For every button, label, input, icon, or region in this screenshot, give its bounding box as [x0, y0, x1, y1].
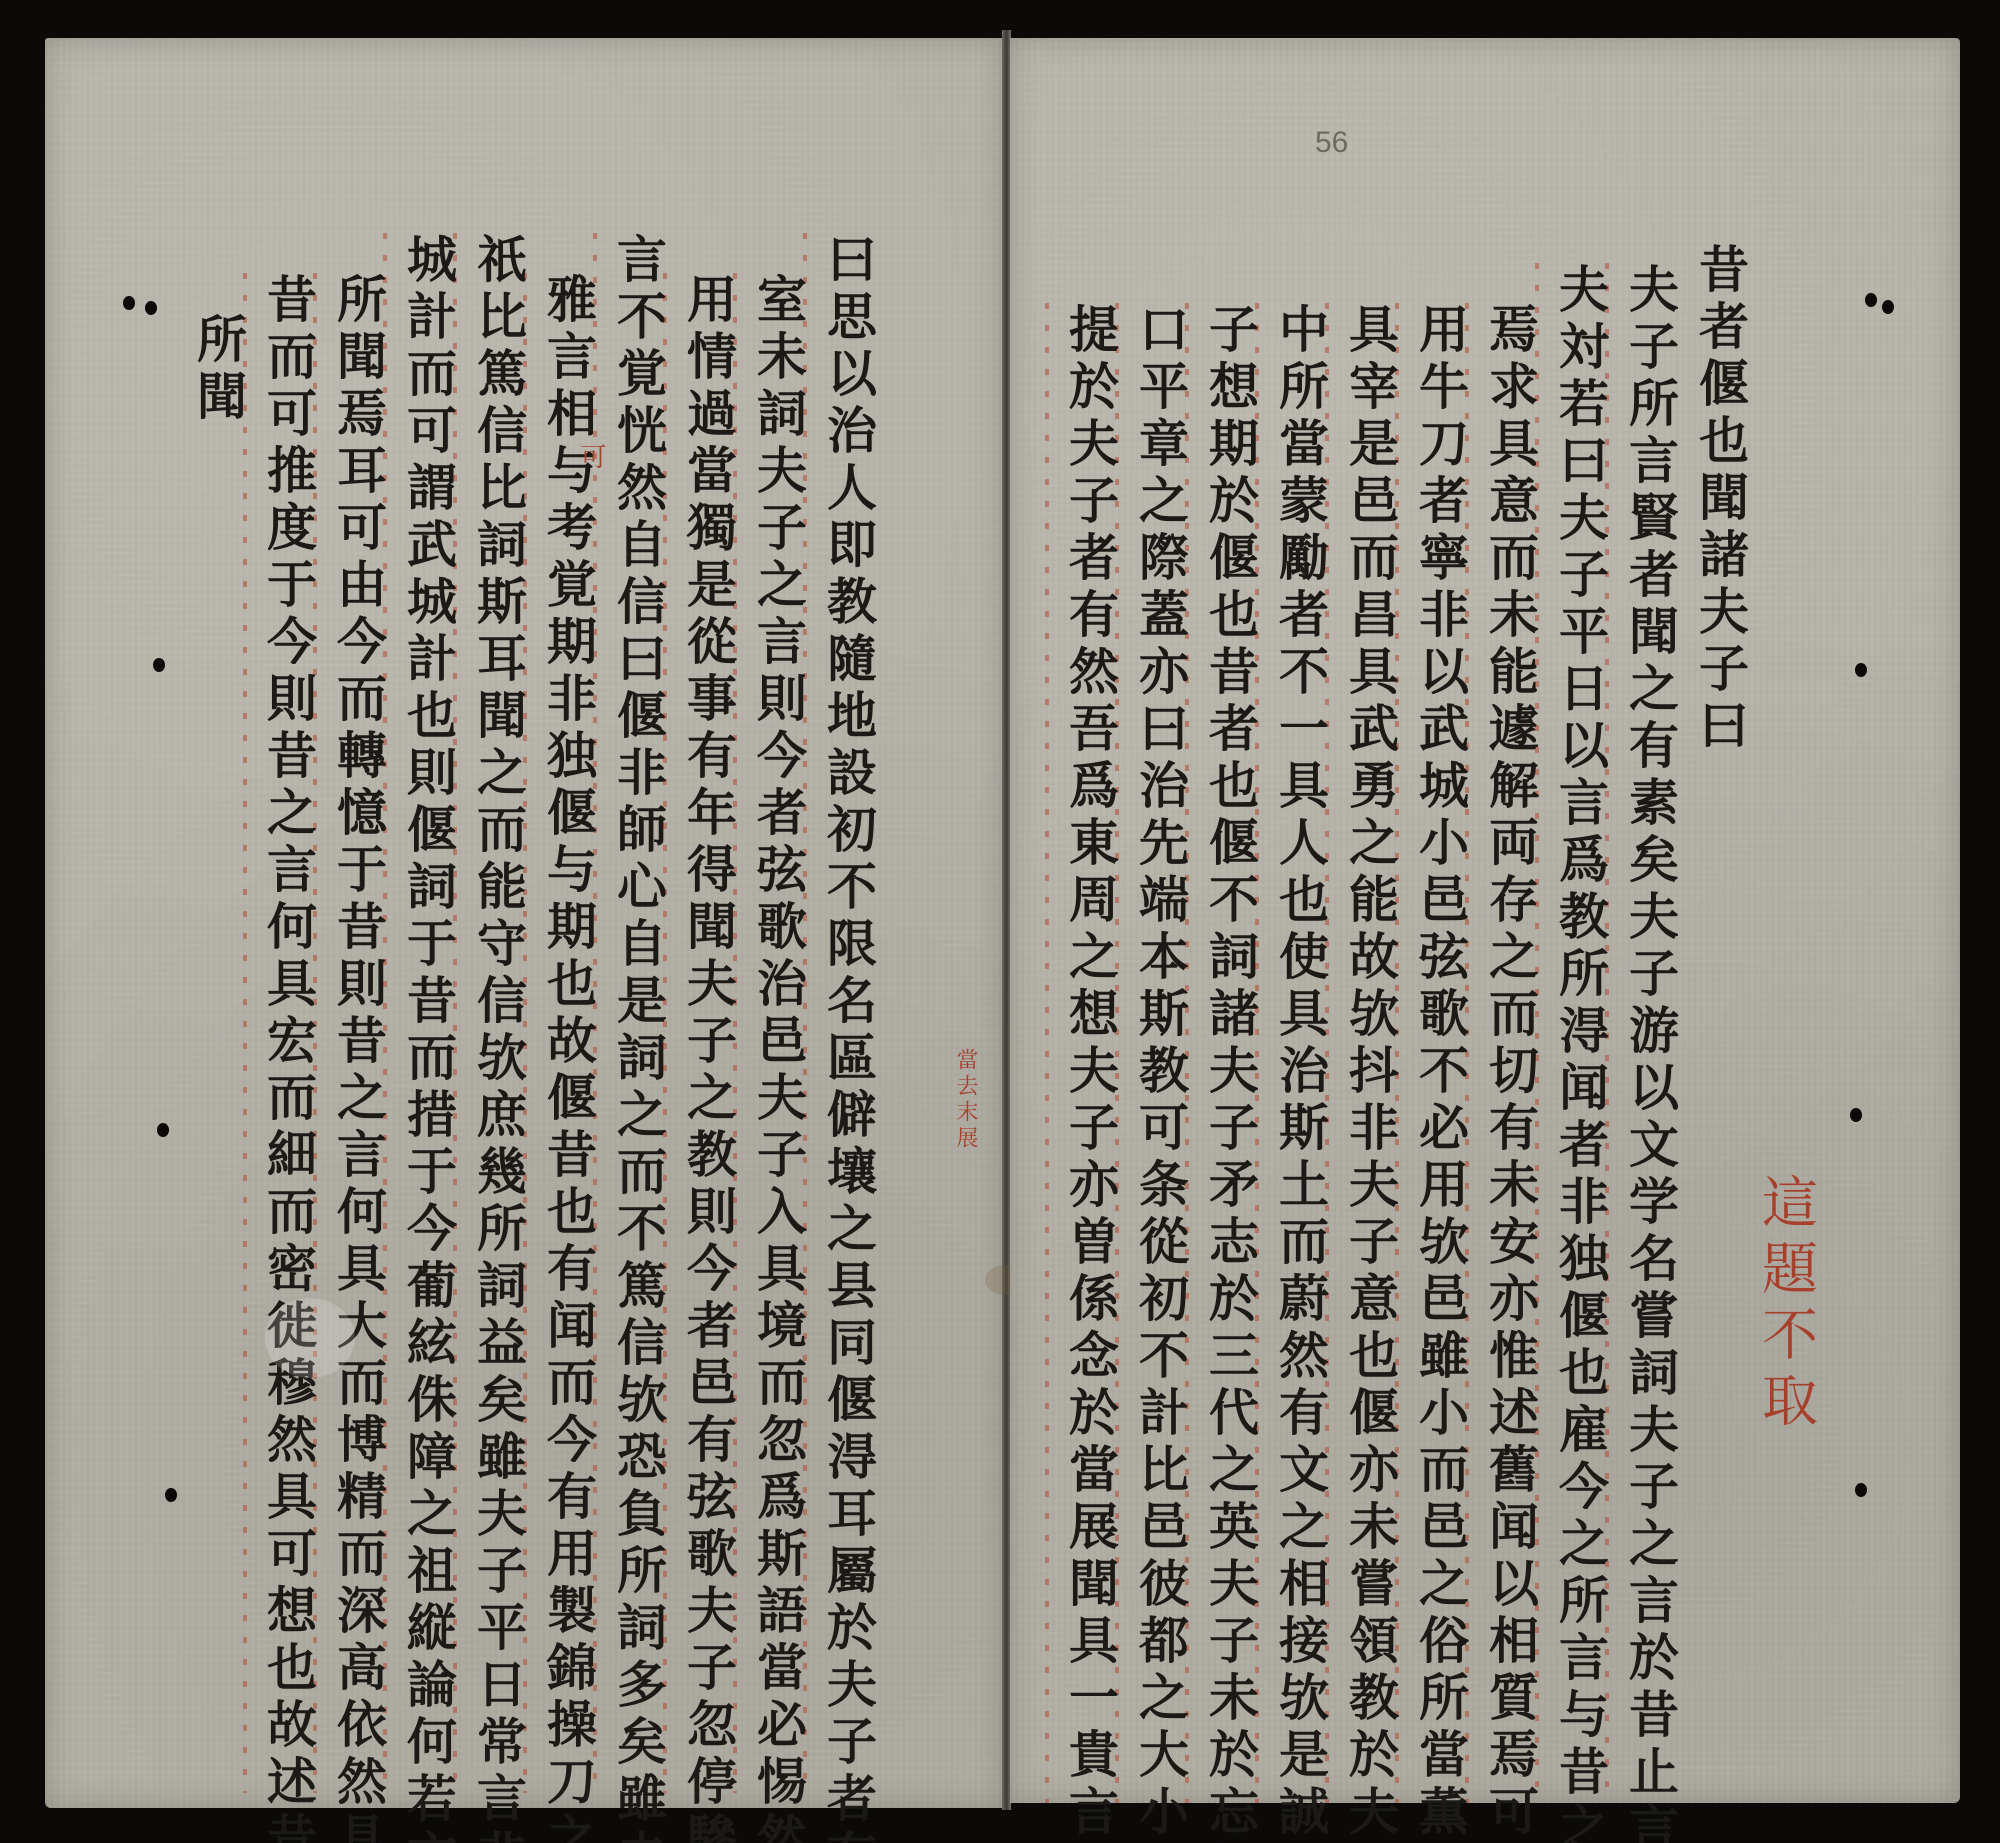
text-column: 雅言相与考覚期非独偃与期也故偃昔也有闻而今有用製錦操刀之始注於謂可 — [531, 273, 593, 1793]
left-page-text-columns: 曰思以治人即教隨地設初不限名區僻壤之县同偃淂耳屬於夫子者有然竣或謀誘一 室未詞夫… — [173, 233, 873, 1793]
red-margin-note: 這題不取 — [1745, 1173, 1825, 1437]
text-column: 所聞焉耳可由今而轉憶于昔則昔之言何具大而博精而深高依然具在耳也由 — [321, 273, 383, 1793]
red-inline-correction: 可 — [573, 443, 610, 473]
text-column: 昔而可推度于今則昔之言何具宏而細而密徙穆然具可想也故述昔者之 — [251, 273, 313, 1793]
binding-hole — [145, 301, 157, 315]
text-column: 口平章之際蓋亦曰治先端本斯教可条從初不計比邑彼都之大小昨日之日偃淂耳 — [1123, 303, 1185, 1803]
binding-hole — [123, 296, 135, 310]
right-page-text-columns: 昔者偃也聞諸夫子曰 夫子所言賢者聞之有素矣夫子游以文学名嘗詞夫子之言於昔止言知比… — [1045, 243, 1745, 1803]
text-column-closing: 所聞 — [181, 313, 243, 1793]
text-column: 用情過當獨是從事有年得聞夫子之教則今者邑有弦歌夫子忽停驂而偶出是 — [671, 273, 733, 1793]
binding-hole — [165, 1488, 177, 1502]
left-page: 曰思以治人即教隨地設初不限名區僻壤之县同偃淂耳屬於夫子者有然竣或謀誘一 室未詞夫… — [45, 38, 1003, 1808]
right-page: 56 昔者偃也聞諸夫子曰 夫子所言賢者聞之有素矣夫子游以文学名嘗詞夫子之言於昔止… — [1010, 38, 1960, 1803]
text-column: 室未詞夫子之言則今者弦歌治邑夫子入具境而忽爲斯語當必惕然有失曰偃之 — [741, 273, 803, 1793]
binding-hole — [157, 1123, 169, 1137]
text-column: 祇比篤信比詞斯耳聞之而能守信欤庶幾所詞益矣雖夫子平日常言非爲武 — [461, 233, 523, 1793]
text-column: 城計而可謂武城計也則偃詞于昔而措于今葡絃侏障之祖縦論何若亦惟守信 — [391, 233, 453, 1793]
text-column: 具宰是邑而昌具武勇之能故欤抖非夫子意也偃亦未嘗領教於夫子也邑雖小而邑之 — [1333, 303, 1395, 1803]
text-column: 言不覚恍然自信曰偃非師心自是詞之而不篤信欤恐負所詞多矣雖夫子平日 — [601, 233, 663, 1793]
text-column: 提於夫子者有然吾爲東周之想夫子亦曽係念於當展聞具一貴言出諾之词蓋亦 — [1053, 303, 1115, 1803]
binding-hole — [1855, 1483, 1867, 1497]
binding-hole — [1865, 293, 1877, 307]
binding-hole — [1855, 663, 1867, 677]
text-column: 中所當蒙勵者不一具人也使具治斯土而蔚然有文之相接欤是誠偃所县願也夫 — [1263, 303, 1325, 1803]
text-column: 夫子所言賢者聞之有素矣夫子游以文学名嘗詞夫子之言於昔止言知比所以証弦歌也 — [1613, 263, 1675, 1803]
red-margin-note: 當去末展 — [950, 1048, 981, 1152]
text-column: 用牛刀者寧非以武城小邑弦歌不必用欤邑雖小而邑之俗所當薫陶者非他也使 — [1403, 303, 1465, 1803]
binding-hole — [153, 658, 165, 672]
text-column: 子想期於偃也昔者也偃不詞諸夫子矛志於三代之英夫子未於忘情於天下詞具一矢 — [1193, 303, 1255, 1803]
binding-hole — [1882, 300, 1894, 314]
paper-stain — [265, 1298, 355, 1378]
text-column: 夫対若曰夫子平日以言爲教所淂闻者非独偃也雇今之所言与昔之振々有詞者若岐出 — [1543, 263, 1605, 1803]
binding-hole — [1850, 1108, 1862, 1122]
text-column: 焉求具意而未能遽解両存之而切有未安亦惟述舊闻以相質焉可也如所謂割鶏焉 — [1473, 303, 1535, 1803]
folio-number: 56 — [1315, 126, 1348, 160]
text-column: 曰思以治人即教隨地設初不限名區僻壤之县同偃淂耳屬於夫子者有然竣或謀誘一 — [811, 233, 873, 1793]
passage-title: 昔者偃也聞諸夫子曰 — [1683, 243, 1745, 1803]
